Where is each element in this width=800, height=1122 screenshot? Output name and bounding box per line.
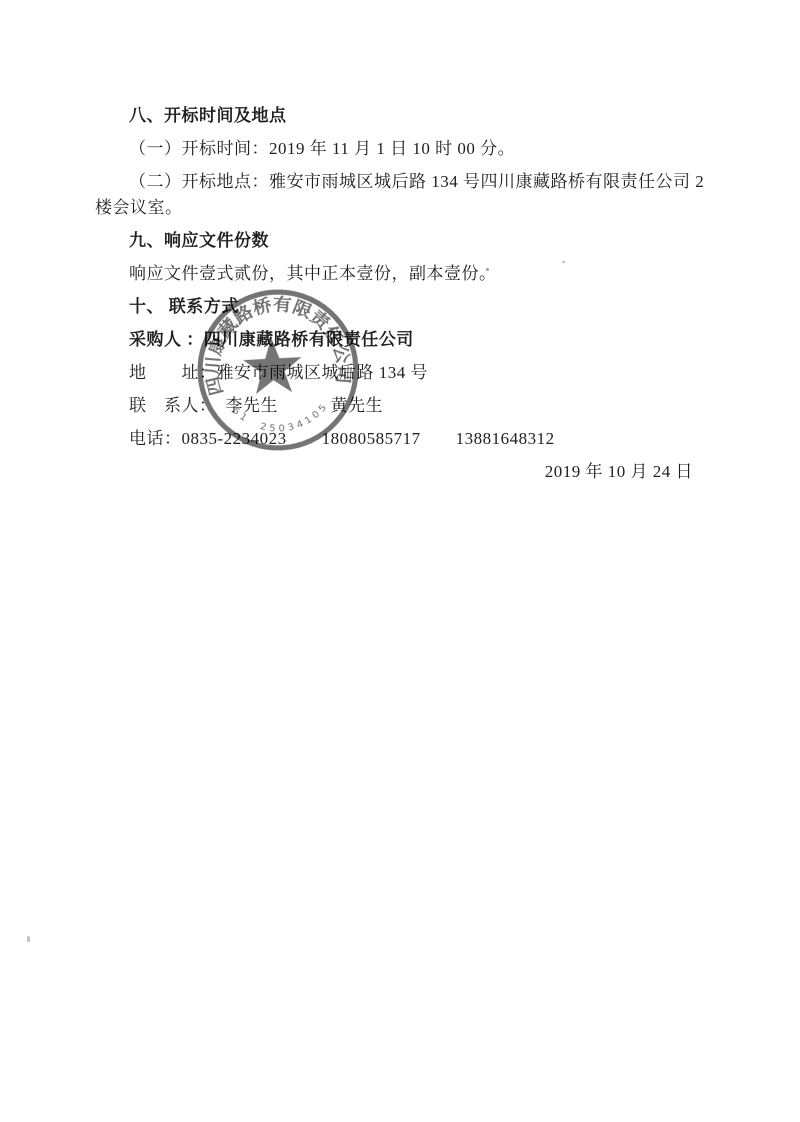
para-bid-time: （一）开标时间：2019 年 11 月 1 日 10 时 00 分。 <box>95 136 709 162</box>
section-heading-10: 十、 联系方式 <box>95 294 709 320</box>
seal-code-text: 51 25034105 <box>229 399 332 437</box>
scan-speck <box>486 268 489 271</box>
section-heading-8: 八、开标时间及地点 <box>95 103 709 129</box>
doc-date: 2019 年 10 月 24 日 <box>95 459 709 485</box>
line-phones: 电话：0835-2234023 18080585717 13881648312 <box>95 426 709 452</box>
para-bid-location: （二）开标地点：雅安市雨城区城后路 134 号四川康藏路桥有限责任公司 2 楼会… <box>95 169 709 221</box>
scanned-document-page: 八、开标时间及地点 （一）开标时间：2019 年 11 月 1 日 10 时 0… <box>0 0 800 1122</box>
document-body: 八、开标时间及地点 （一）开标时间：2019 年 11 月 1 日 10 时 0… <box>95 103 709 492</box>
line-purchaser: 采购人 ：四川康藏路桥有限责任公司 <box>95 327 709 353</box>
para-copies: 响应文件壹式贰份，其中正本壹份，副本壹份。 <box>95 261 709 287</box>
line-address: 地 址：雅安市雨城区城后路 134 号 <box>95 360 709 386</box>
line-contacts: 联 系人： 李先生 黄先生 <box>95 393 709 419</box>
scan-speck <box>562 261 565 263</box>
company-seal: 四川康藏路桥有限责任公司 51 25034105 <box>192 284 364 456</box>
star-icon <box>242 336 303 395</box>
section-heading-9: 九、响应文件份数 <box>95 228 709 254</box>
scan-speck <box>27 936 30 942</box>
